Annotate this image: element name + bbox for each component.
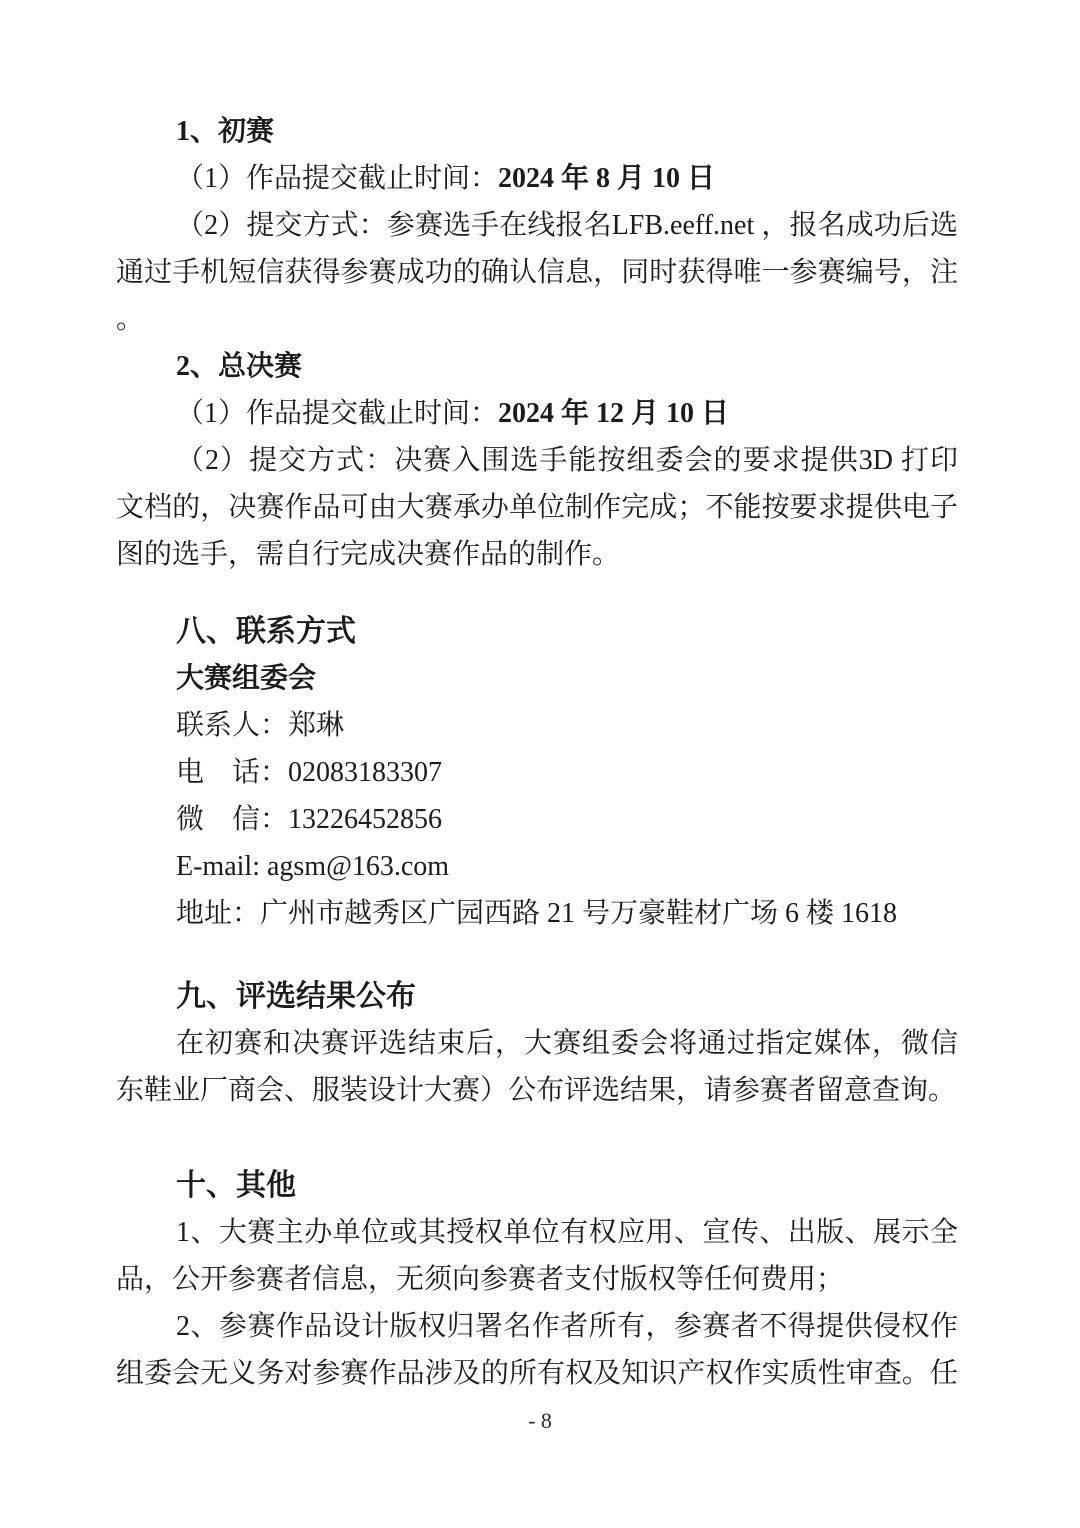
preliminary-method-line-2: 通过手机短信获得参赛成功的确认信息，同时获得唯一参赛编号，注意保存 [116,249,958,296]
subheading-final-round: 2、总决赛 [116,343,958,390]
document-body: 1、初赛 （1）作品提交截止时间：2024 年 8 月 10 日 （2）提交方式… [116,108,958,1397]
final-method-line-2: 文档的，决赛作品可由大赛承办单位制作完成；不能按要求提供电子版设计 [116,484,958,531]
other-item2-line-1: 2、参赛作品设计版权归署名作者所有，参赛者不得提供侵权作品。大赛 [116,1303,958,1350]
heading-contact: 八、联系方式 [116,608,958,655]
heading-other: 十、其他 [116,1162,958,1209]
other-item1-line-1: 1、大赛主办单位或其授权单位有权应用、宣传、出版、展示全部参赛作 [116,1209,958,1256]
preliminary-method-line-1: （2）提交方式：参赛选手在线报名LFB.eeff.net ，报名成功后选手将 [116,202,958,249]
preliminary-method-line-3: 。 [116,296,958,343]
other-item2-line-2: 组委会无义务对参赛作品涉及的所有权及知识产权作实质性审查。任何参赛者 [116,1350,958,1397]
final-method-line-3: 图的选手，需自行完成决赛作品的制作。 [116,531,958,578]
preliminary-deadline-date: 2024 年 8 月 10 日 [498,163,715,194]
page-number: - 8 [0,1408,1080,1434]
subheading-preliminary-round: 1、初赛 [116,108,958,155]
results-line-1: 在初赛和决赛评选结束后，大赛组委会将通过指定媒体，微信公众号（广 [116,1020,958,1067]
final-method-line-1: （2）提交方式：决赛入围选手能按组委会的要求提供3D 打印模型电子 [116,437,958,484]
heading-results-announcement: 九、评选结果公布 [116,973,958,1020]
contact-person: 联系人：郑琳 [116,702,958,749]
contact-org: 大赛组委会 [116,655,958,702]
final-deadline-label: （1）作品提交截止时间： [176,398,498,429]
contact-address: 地址：广州市越秀区广园西路 21 号万豪鞋材广场 6 楼 1618 [116,890,958,937]
preliminary-deadline-label: （1）作品提交截止时间： [176,163,498,194]
contact-email: E-mail: agsm@163.com [116,843,958,890]
document-page: 1、初赛 （1）作品提交截止时间：2024 年 8 月 10 日 （2）提交方式… [0,0,1080,1528]
preliminary-deadline-line: （1）作品提交截止时间：2024 年 8 月 10 日 [116,155,958,202]
contact-phone: 电 话：02083183307 [116,749,958,796]
final-deadline-line: （1）作品提交截止时间：2024 年 12 月 10 日 [116,390,958,437]
contact-wechat: 微 信：13226452856 [116,796,958,843]
final-deadline-date: 2024 年 12 月 10 日 [498,398,729,429]
other-item1-line-2: 品，公开参赛者信息，无须向参赛者支付版权等任何费用； [116,1256,958,1303]
results-line-2: 东鞋业厂商会、服装设计大赛）公布评选结果，请参赛者留意查询。 [116,1067,958,1114]
